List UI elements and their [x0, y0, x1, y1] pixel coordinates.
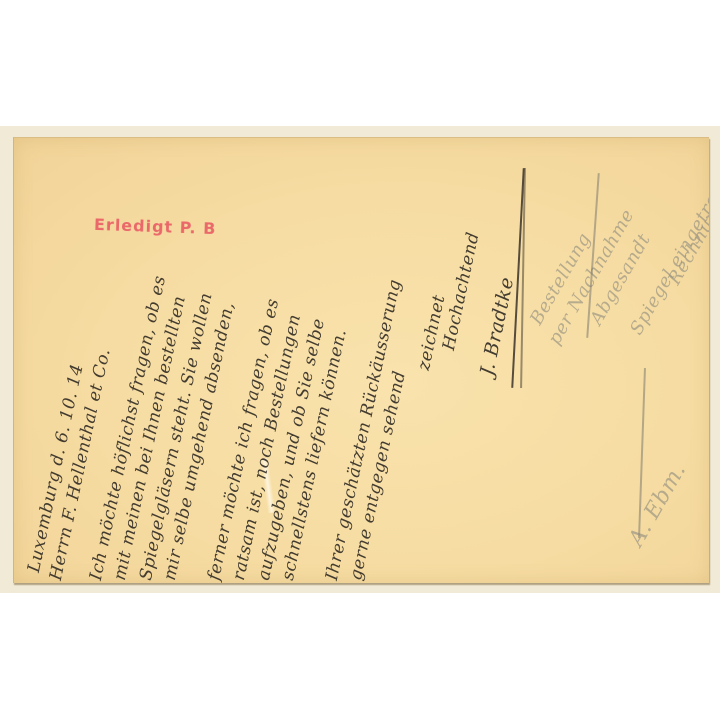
pencil-initials: A. Ebm.: [624, 459, 691, 551]
closing-line: Hochachtend: [439, 230, 484, 352]
erledigt-stamp: Erledigt P. B: [94, 215, 217, 238]
postcard: Erledigt P. B Luxemburg d. 6. 10. 14 Her…: [13, 137, 709, 583]
